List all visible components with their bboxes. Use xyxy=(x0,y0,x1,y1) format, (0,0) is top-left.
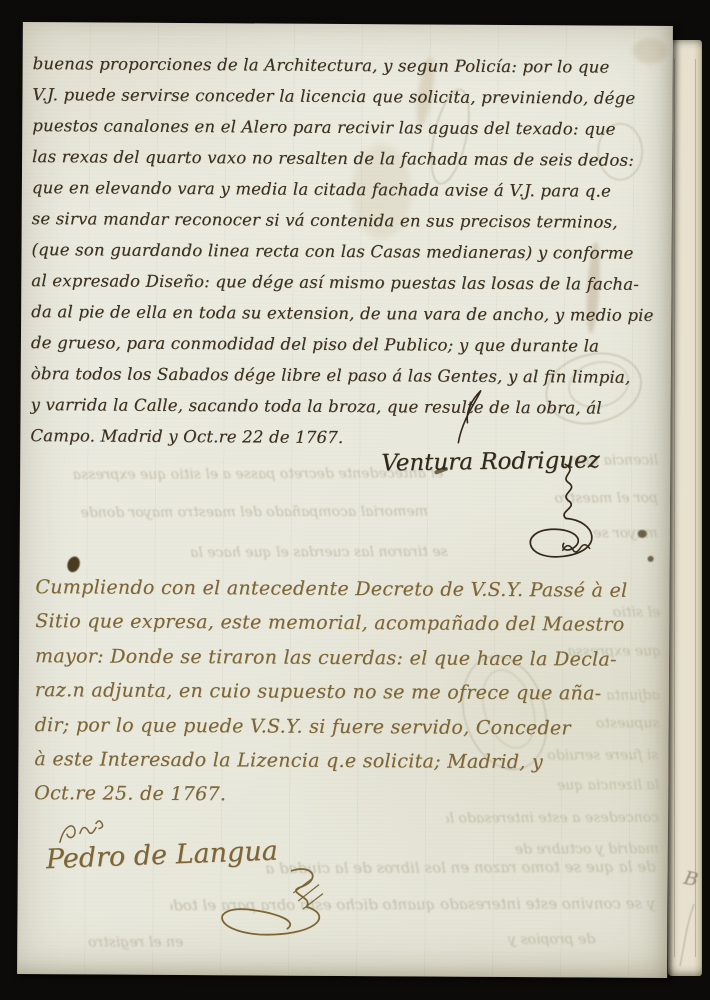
report-line: al expresado Diseño: que dége así mismo … xyxy=(31,265,665,300)
bleedthrough-line: de propios y xyxy=(415,931,595,950)
bleedthrough-line: memorial acompañado del maestro mayor do… xyxy=(58,503,428,523)
bleedthrough-line: madrid y octubre de xyxy=(496,840,659,859)
reply-line: Oct.re 25. de 1767. xyxy=(34,776,644,814)
reply-line: Cumpliendo con el antecedente Decreto de… xyxy=(35,570,645,608)
reply-line: mayor: Donde se tiraron las cuerdas: el … xyxy=(35,639,645,677)
report-line: da al pie de ella en toda su extension, … xyxy=(31,296,665,331)
report-line: buenas proporciones de la Architectura, … xyxy=(33,48,667,83)
page-edge-line xyxy=(674,59,675,958)
report-line: las rexas del quarto vaxo no resalten de… xyxy=(32,141,666,176)
rubric-flourish-ventura xyxy=(503,461,616,566)
manuscript-page: el antecedente decreto passe a el sitio … xyxy=(17,22,673,978)
reply-line: Sitio que expresa, este memorial, acompa… xyxy=(35,605,645,643)
date-rubric-flourish xyxy=(450,387,486,447)
report-line: se sirva mandar reconocer si vá contenid… xyxy=(32,203,666,238)
bleedthrough-line: se tiraron las cuerdas el que hace la xyxy=(118,543,448,562)
report-line: de grueso, para conmodidad del piso del … xyxy=(31,327,665,362)
report-line: òbra todos los Sabados dége libre el pas… xyxy=(31,358,665,393)
reply-line: dir; por lo que puede V.S.Y. si fuere se… xyxy=(35,708,645,746)
report-paragraph: buenas proporciones de la Architectura, … xyxy=(30,48,666,455)
ink-speck xyxy=(638,530,647,538)
edge-pencil-mark: B xyxy=(682,867,700,891)
reply-line: raz.n adjunta, en cuio supuesto no se me… xyxy=(35,673,645,711)
report-line: puestos canalones en el Alero para reciv… xyxy=(32,110,666,145)
manuscript-photo: B el antecedente decreto passe a el siti… xyxy=(0,0,710,1000)
rubric-flourish-pedro xyxy=(195,863,327,942)
report-line: que en elevando vara y media la citada f… xyxy=(32,172,666,207)
report-line: V.J. puede servirse conceder la licencia… xyxy=(32,79,666,114)
next-page-edge: B xyxy=(668,40,702,976)
report-line: y varrida la Calle, sacando toda la broz… xyxy=(30,389,664,424)
page-edge-line xyxy=(695,59,696,958)
report-line: (que son guardando linea recta con las C… xyxy=(31,234,665,269)
reply-line: à este Interesado la Lizencia q.e solici… xyxy=(34,742,644,780)
bleedthrough-line: en el registro xyxy=(53,933,183,952)
ink-speck xyxy=(648,556,654,562)
reply-paragraph: Cumpliendo con el antecedente Decreto de… xyxy=(34,570,645,814)
edge-ghost-stroke xyxy=(676,900,698,970)
